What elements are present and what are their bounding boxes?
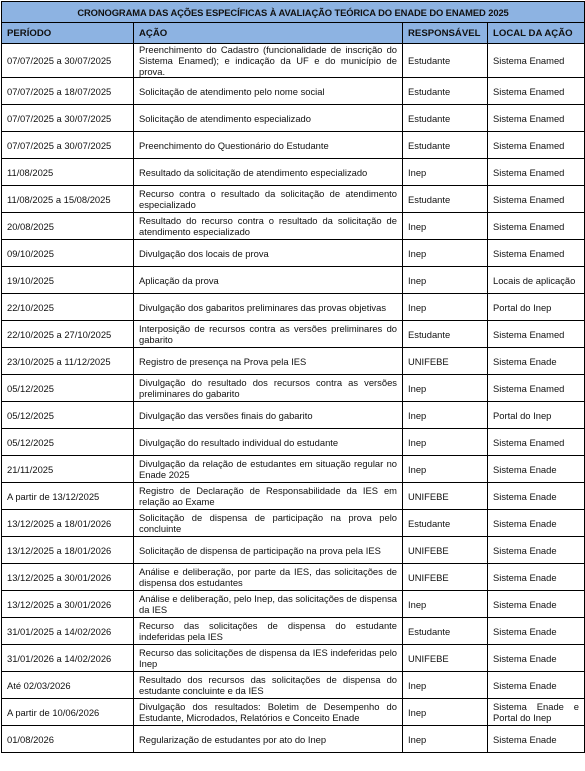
location-cell: Portal do Inep bbox=[488, 294, 585, 321]
action-cell: Aplicação da prova bbox=[134, 267, 403, 294]
responsible-cell: Estudante bbox=[403, 132, 488, 159]
action-cell: Resultado dos recursos das solicitações … bbox=[134, 672, 403, 699]
action-cell: Recurso das solicitações de dispensa do … bbox=[134, 618, 403, 645]
table-row: 13/12/2025 a 18/01/2026Solicitação de di… bbox=[2, 537, 585, 564]
period-cell: 07/07/2025 a 18/07/2025 bbox=[2, 78, 134, 105]
location-cell: Sistema Enade bbox=[488, 672, 585, 699]
table-row: A partir de 13/12/2025Registro de Declar… bbox=[2, 483, 585, 510]
responsible-cell: Estudante bbox=[403, 78, 488, 105]
responsible-cell: Estudante bbox=[403, 510, 488, 537]
responsible-cell: Inep bbox=[403, 672, 488, 699]
table-row: 07/07/2025 a 30/07/2025Preenchimento do … bbox=[2, 132, 585, 159]
schedule-table: CRONOGRAMA DAS AÇÕES ESPECÍFICAS À AVALI… bbox=[1, 1, 585, 753]
period-cell: 05/12/2025 bbox=[2, 429, 134, 456]
period-cell: 22/10/2025 a 27/10/2025 bbox=[2, 321, 134, 348]
responsible-cell: Estudante bbox=[403, 105, 488, 132]
action-cell: Resultado da solicitação de atendimento … bbox=[134, 159, 403, 186]
action-cell: Preenchimento do Questionário do Estudan… bbox=[134, 132, 403, 159]
period-cell: 13/12/2025 a 30/01/2026 bbox=[2, 564, 134, 591]
period-cell: 07/07/2025 a 30/07/2025 bbox=[2, 105, 134, 132]
period-cell: 21/11/2025 bbox=[2, 456, 134, 483]
responsible-cell: Inep bbox=[403, 456, 488, 483]
responsible-cell: Inep bbox=[403, 699, 488, 726]
table-row: A partir de 10/06/2026Divulgação dos res… bbox=[2, 699, 585, 726]
period-cell: 23/10/2025 a 11/12/2025 bbox=[2, 348, 134, 375]
responsible-cell: UNIFEBE bbox=[403, 483, 488, 510]
period-cell: 31/01/2026 a 14/02/2026 bbox=[2, 645, 134, 672]
responsible-cell: UNIFEBE bbox=[403, 348, 488, 375]
table-row: 21/11/2025Divulgação da relação de estud… bbox=[2, 456, 585, 483]
period-cell: 01/08/2026 bbox=[2, 726, 134, 753]
table-row: 01/08/2026Regularização de estudantes po… bbox=[2, 726, 585, 753]
period-cell: A partir de 10/06/2026 bbox=[2, 699, 134, 726]
location-cell: Sistema Enamed bbox=[488, 240, 585, 267]
period-cell: 11/08/2025 bbox=[2, 159, 134, 186]
action-cell: Solicitação de atendimento pelo nome soc… bbox=[134, 78, 403, 105]
location-cell: Sistema Enamed bbox=[488, 44, 585, 78]
responsible-cell: Inep bbox=[403, 429, 488, 456]
column-header-local: LOCAL DA AÇÃO bbox=[488, 23, 585, 44]
action-cell: Resultado do recurso contra o resultado … bbox=[134, 213, 403, 240]
period-cell: 13/12/2025 a 30/01/2026 bbox=[2, 591, 134, 618]
action-cell: Divulgação da relação de estudantes em s… bbox=[134, 456, 403, 483]
action-cell: Recurso contra o resultado da solicitaçã… bbox=[134, 186, 403, 213]
responsible-cell: Inep bbox=[403, 240, 488, 267]
location-cell: Sistema Enamed bbox=[488, 213, 585, 240]
action-cell: Divulgação do resultado dos recursos con… bbox=[134, 375, 403, 402]
table-row: 19/10/2025Aplicação da provaInepLocais d… bbox=[2, 267, 585, 294]
period-cell: 19/10/2025 bbox=[2, 267, 134, 294]
action-cell: Solicitação de atendimento especializado bbox=[134, 105, 403, 132]
responsible-cell: UNIFEBE bbox=[403, 537, 488, 564]
location-cell: Sistema Enade bbox=[488, 348, 585, 375]
action-cell: Registro de Declaração de Responsabilida… bbox=[134, 483, 403, 510]
table-row: Até 02/03/2026Resultado dos recursos das… bbox=[2, 672, 585, 699]
table-row: 11/08/2025 a 15/08/2025Recurso contra o … bbox=[2, 186, 585, 213]
table-row: 05/12/2025Divulgação do resultado indivi… bbox=[2, 429, 585, 456]
period-cell: 07/07/2025 a 30/07/2025 bbox=[2, 132, 134, 159]
period-cell: 22/10/2025 bbox=[2, 294, 134, 321]
location-cell: Sistema Enade bbox=[488, 645, 585, 672]
location-cell: Sistema Enade e Portal do Inep bbox=[488, 699, 585, 726]
location-cell: Sistema Enamed bbox=[488, 105, 585, 132]
schedule-body: 07/07/2025 a 30/07/2025Preenchimento do … bbox=[2, 44, 585, 753]
responsible-cell: Estudante bbox=[403, 618, 488, 645]
period-cell: 05/12/2025 bbox=[2, 402, 134, 429]
location-cell: Sistema Enade bbox=[488, 456, 585, 483]
period-cell: 20/08/2025 bbox=[2, 213, 134, 240]
column-header-responsavel: RESPONSÁVEL bbox=[403, 23, 488, 44]
period-cell: Até 02/03/2026 bbox=[2, 672, 134, 699]
action-cell: Recurso das solicitações de dispensa da … bbox=[134, 645, 403, 672]
table-row: 07/07/2025 a 18/07/2025Solicitação de at… bbox=[2, 78, 585, 105]
location-cell: Sistema Enamed bbox=[488, 186, 585, 213]
action-cell: Divulgação dos gabaritos preliminares da… bbox=[134, 294, 403, 321]
location-cell: Sistema Enade bbox=[488, 726, 585, 753]
action-cell: Regularização de estudantes por ato do I… bbox=[134, 726, 403, 753]
action-cell: Preenchimento do Cadastro (funcionalidad… bbox=[134, 44, 403, 78]
location-cell: Sistema Enade bbox=[488, 510, 585, 537]
location-cell: Sistema Enade bbox=[488, 564, 585, 591]
location-cell: Sistema Enamed bbox=[488, 429, 585, 456]
table-row: 05/12/2025Divulgação das versões finais … bbox=[2, 402, 585, 429]
table-row: 23/10/2025 a 11/12/2025Registro de prese… bbox=[2, 348, 585, 375]
location-cell: Sistema Enade bbox=[488, 483, 585, 510]
location-cell: Locais de aplicação bbox=[488, 267, 585, 294]
responsible-cell: Inep bbox=[403, 375, 488, 402]
period-cell: 31/01/2025 a 14/02/2026 bbox=[2, 618, 134, 645]
responsible-cell: Inep bbox=[403, 159, 488, 186]
responsible-cell: Inep bbox=[403, 267, 488, 294]
location-cell: Sistema Enade bbox=[488, 591, 585, 618]
action-cell: Divulgação dos locais de prova bbox=[134, 240, 403, 267]
period-cell: 13/12/2025 a 18/01/2026 bbox=[2, 510, 134, 537]
table-row: 05/12/2025Divulgação do resultado dos re… bbox=[2, 375, 585, 402]
column-header-periodo: PERÍODO bbox=[2, 23, 134, 44]
table-row: 31/01/2026 a 14/02/2026Recurso das solic… bbox=[2, 645, 585, 672]
period-cell: 07/07/2025 a 30/07/2025 bbox=[2, 44, 134, 78]
responsible-cell: Inep bbox=[403, 294, 488, 321]
action-cell: Interposição de recursos contra as versõ… bbox=[134, 321, 403, 348]
table-row: 20/08/2025Resultado do recurso contra o … bbox=[2, 213, 585, 240]
responsible-cell: Inep bbox=[403, 726, 488, 753]
location-cell: Sistema Enamed bbox=[488, 159, 585, 186]
action-cell: Divulgação dos resultados: Boletim de De… bbox=[134, 699, 403, 726]
table-row: 22/10/2025 a 27/10/2025Interposição de r… bbox=[2, 321, 585, 348]
column-header-acao: AÇÃO bbox=[134, 23, 403, 44]
period-cell: 13/12/2025 a 18/01/2026 bbox=[2, 537, 134, 564]
period-cell: 11/08/2025 a 15/08/2025 bbox=[2, 186, 134, 213]
period-cell: A partir de 13/12/2025 bbox=[2, 483, 134, 510]
responsible-cell: Inep bbox=[403, 213, 488, 240]
location-cell: Sistema Enamed bbox=[488, 132, 585, 159]
action-cell: Solicitação de dispensa de participação … bbox=[134, 537, 403, 564]
table-title: CRONOGRAMA DAS AÇÕES ESPECÍFICAS À AVALI… bbox=[2, 2, 585, 23]
responsible-cell: Inep bbox=[403, 591, 488, 618]
table-row: 07/07/2025 a 30/07/2025Preenchimento do … bbox=[2, 44, 585, 78]
table-row: 09/10/2025Divulgação dos locais de prova… bbox=[2, 240, 585, 267]
responsible-cell: Estudante bbox=[403, 44, 488, 78]
responsible-cell: UNIFEBE bbox=[403, 645, 488, 672]
period-cell: 05/12/2025 bbox=[2, 375, 134, 402]
table-row: 13/12/2025 a 30/01/2026Análise e deliber… bbox=[2, 591, 585, 618]
responsible-cell: Inep bbox=[403, 402, 488, 429]
table-row: 11/08/2025Resultado da solicitação de at… bbox=[2, 159, 585, 186]
action-cell: Divulgação do resultado individual do es… bbox=[134, 429, 403, 456]
location-cell: Sistema Enamed bbox=[488, 78, 585, 105]
location-cell: Sistema Enamed bbox=[488, 375, 585, 402]
table-row: 31/01/2025 a 14/02/2026Recurso das solic… bbox=[2, 618, 585, 645]
action-cell: Análise e deliberação, por parte da IES,… bbox=[134, 564, 403, 591]
action-cell: Divulgação das versões finais do gabarit… bbox=[134, 402, 403, 429]
table-row: 13/12/2025 a 30/01/2026Análise e deliber… bbox=[2, 564, 585, 591]
table-row: 22/10/2025Divulgação dos gabaritos preli… bbox=[2, 294, 585, 321]
action-cell: Análise e deliberação, pelo Inep, das so… bbox=[134, 591, 403, 618]
responsible-cell: Estudante bbox=[403, 186, 488, 213]
location-cell: Sistema Enade bbox=[488, 537, 585, 564]
period-cell: 09/10/2025 bbox=[2, 240, 134, 267]
responsible-cell: UNIFEBE bbox=[403, 564, 488, 591]
table-row: 13/12/2025 a 18/01/2026Solicitação de di… bbox=[2, 510, 585, 537]
action-cell: Solicitação de dispensa de participação … bbox=[134, 510, 403, 537]
table-row: 07/07/2025 a 30/07/2025Solicitação de at… bbox=[2, 105, 585, 132]
action-cell: Registro de presença na Prova pela IES bbox=[134, 348, 403, 375]
location-cell: Portal do Inep bbox=[488, 402, 585, 429]
location-cell: Sistema Enade bbox=[488, 618, 585, 645]
responsible-cell: Estudante bbox=[403, 321, 488, 348]
location-cell: Sistema Enamed bbox=[488, 321, 585, 348]
